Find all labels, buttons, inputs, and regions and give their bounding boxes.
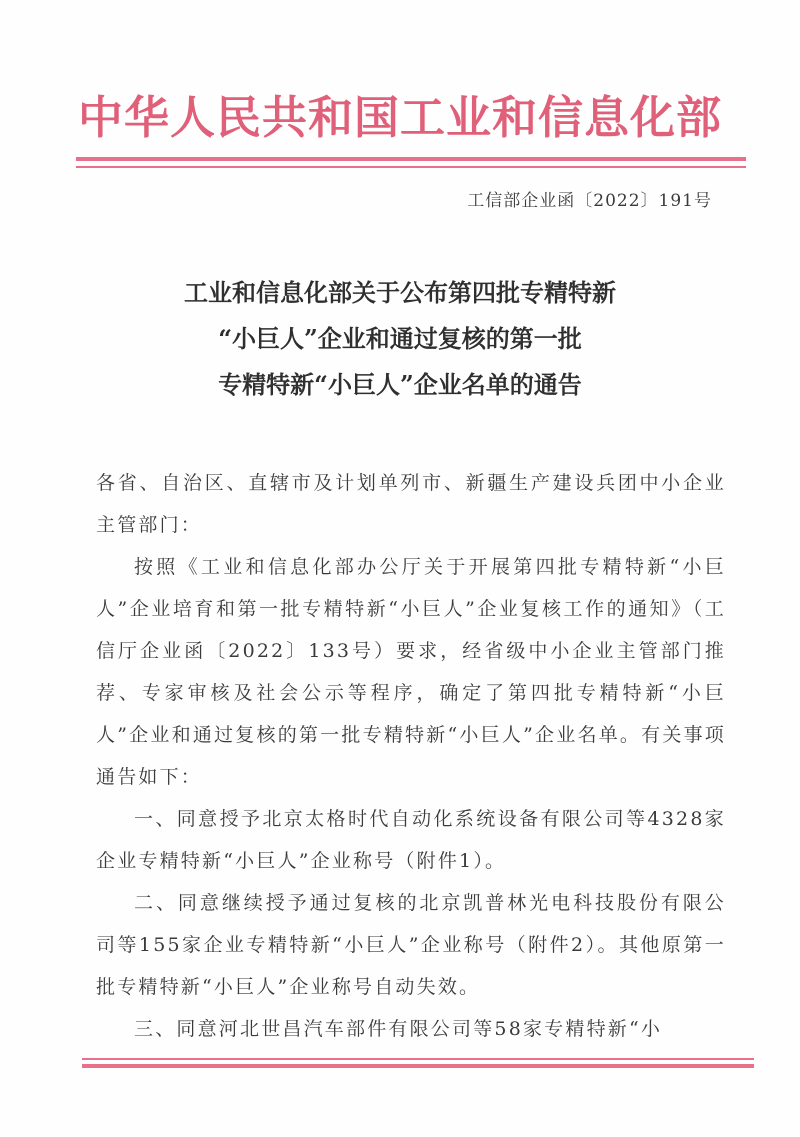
body-paragraph-intro: 按照《工业和信息化部办公厅关于开展第四批专精特新“小巨人”企业培育和第一批专精特… bbox=[96, 546, 726, 798]
body-paragraph-item-2: 二、同意继续授予通过复核的北京凯普林光电科技股份有限公司等155家企业专精特新“… bbox=[96, 882, 726, 1008]
title-line-2: “小巨人”企业和通过复核的第一批 bbox=[0, 316, 800, 362]
masthead-title: 中华人民共和国工业和信息化部 bbox=[0, 88, 800, 148]
salutation: 各省、自治区、直辖市及计划单列市、新疆生产建设兵团中小企业主管部门： bbox=[96, 462, 726, 546]
footer-rule-thick bbox=[82, 1064, 754, 1068]
document-number: 工信部企业函〔2022〕191号 bbox=[467, 186, 712, 211]
document-body: 各省、自治区、直辖市及计划单列市、新疆生产建设兵团中小企业主管部门： 按照《工业… bbox=[96, 462, 726, 1050]
footer-rule-thin bbox=[82, 1058, 754, 1060]
title-line-1: 工业和信息化部关于公布第四批专精特新 bbox=[0, 270, 800, 316]
title-line-3: 专精特新“小巨人”企业名单的通告 bbox=[0, 362, 800, 408]
document-title: 工业和信息化部关于公布第四批专精特新 “小巨人”企业和通过复核的第一批 专精特新… bbox=[0, 270, 800, 408]
body-paragraph-item-1: 一、同意授予北京太格时代自动化系统设备有限公司等4328家企业专精特新“小巨人”… bbox=[96, 798, 726, 882]
document-page: 中华人民共和国工业和信息化部 工信部企业函〔2022〕191号 工业和信息化部关… bbox=[0, 0, 800, 1137]
header-rule-thin bbox=[76, 166, 746, 168]
body-paragraph-item-3: 三、同意河北世昌汽车部件有限公司等58家专精特新“小 bbox=[96, 1008, 726, 1050]
header-rule-thick bbox=[76, 157, 746, 161]
